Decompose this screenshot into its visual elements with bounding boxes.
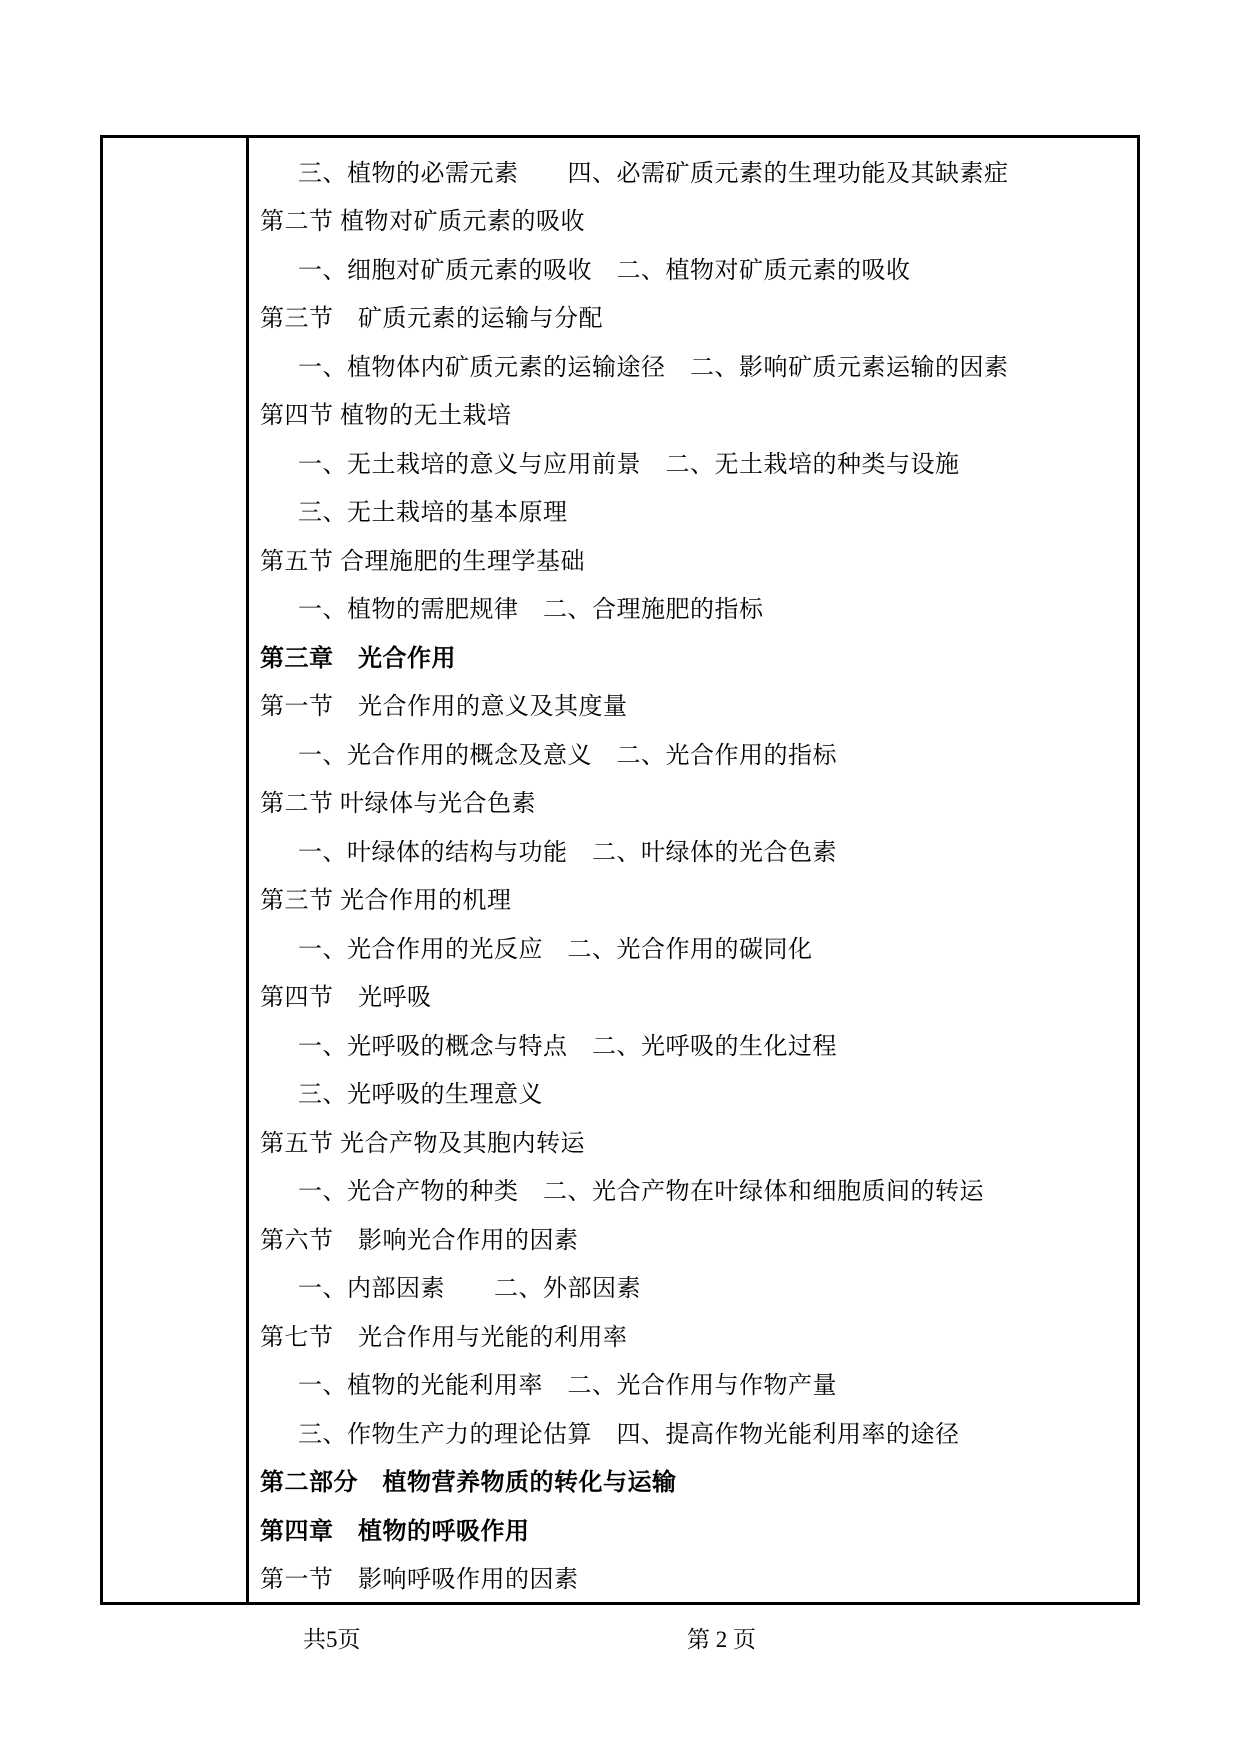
outline-subitem: 三、光呼吸的生理意义 bbox=[260, 1068, 1131, 1117]
outline-section-heading: 第二节 叶绿体与光合色素 bbox=[260, 777, 1131, 826]
footer-page-number: 第 2 页 bbox=[687, 1621, 756, 1654]
table-label-column bbox=[103, 138, 249, 1602]
outline-subitem: 三、植物的必需元素 四、必需矿质元素的生理功能及其缺素症 bbox=[260, 146, 1131, 195]
outline-subitem: 一、植物体内矿质元素的运输途径 二、影响矿质元素运输的因素 bbox=[260, 340, 1131, 389]
outline-section-heading: 第一节 光合作用的意义及其度量 bbox=[260, 680, 1131, 729]
outline-subitem: 一、光合作用的光反应 二、光合作用的碳同化 bbox=[260, 922, 1131, 971]
outline-section-heading: 第一节 影响呼吸作用的因素 bbox=[260, 1553, 1131, 1602]
outline-subitem: 三、无土栽培的基本原理 bbox=[260, 486, 1131, 535]
outline-subitem: 一、光呼吸的概念与特点 二、光呼吸的生化过程 bbox=[260, 1019, 1131, 1068]
outline-chapter-heading: 第四章 植物的呼吸作用 bbox=[260, 1504, 1131, 1553]
outline-subitem: 一、叶绿体的结构与功能 二、叶绿体的光合色素 bbox=[260, 825, 1131, 874]
outline-section-heading: 第六节 影响光合作用的因素 bbox=[260, 1213, 1131, 1262]
outline-section-heading: 第七节 光合作用与光能的利用率 bbox=[260, 1310, 1131, 1359]
outline-chapter-heading: 第三章 光合作用 bbox=[260, 631, 1131, 680]
outline-section-heading: 第三节 矿质元素的运输与分配 bbox=[260, 292, 1131, 341]
outline-subitem: 一、细胞对矿质元素的吸收 二、植物对矿质元素的吸收 bbox=[260, 243, 1131, 292]
outline-content: 三、植物的必需元素 四、必需矿质元素的生理功能及其缺素症第二节 植物对矿质元素的… bbox=[249, 138, 1137, 1602]
outline-subitem: 一、无土栽培的意义与应用前景 二、无土栽培的种类与设施 bbox=[260, 437, 1131, 486]
footer-total-pages: 共5页 bbox=[303, 1621, 361, 1654]
document-page: 三、植物的必需元素 四、必需矿质元素的生理功能及其缺素症第二节 植物对矿质元素的… bbox=[0, 0, 1240, 1754]
outline-section-heading: 第四节 植物的无土栽培 bbox=[260, 389, 1131, 438]
outline-section-heading: 第三节 光合作用的机理 bbox=[260, 874, 1131, 923]
outline-section-heading: 第四节 光呼吸 bbox=[260, 971, 1131, 1020]
outline-subitem: 一、内部因素 二、外部因素 bbox=[260, 1262, 1131, 1311]
outline-subitem: 一、植物的光能利用率 二、光合作用与作物产量 bbox=[260, 1359, 1131, 1408]
outline-subitem: 一、植物的需肥规律 二、合理施肥的指标 bbox=[260, 583, 1131, 632]
outline-chapter-heading: 第二部分 植物营养物质的转化与运输 bbox=[260, 1456, 1131, 1505]
outline-section-heading: 第二节 植物对矿质元素的吸收 bbox=[260, 195, 1131, 244]
outline-subitem: 一、光合产物的种类 二、光合产物在叶绿体和细胞质间的转运 bbox=[260, 1165, 1131, 1214]
outline-subitem: 一、光合作用的概念及意义 二、光合作用的指标 bbox=[260, 728, 1131, 777]
outline-subitem: 三、作物生产力的理论估算 四、提高作物光能利用率的途径 bbox=[260, 1407, 1131, 1456]
syllabus-table: 三、植物的必需元素 四、必需矿质元素的生理功能及其缺素症第二节 植物对矿质元素的… bbox=[100, 135, 1140, 1605]
outline-section-heading: 第五节 光合产物及其胞内转运 bbox=[260, 1116, 1131, 1165]
outline-section-heading: 第五节 合理施肥的生理学基础 bbox=[260, 534, 1131, 583]
